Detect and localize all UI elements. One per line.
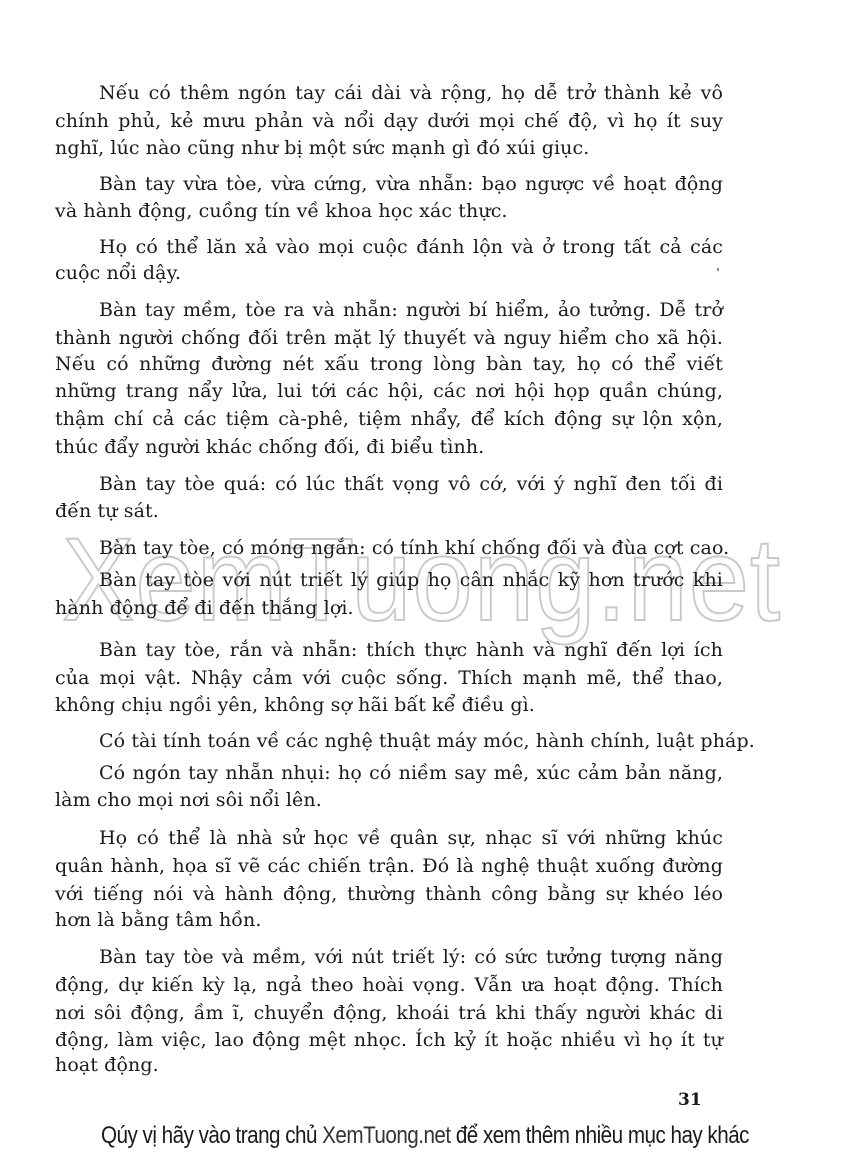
paragraph-4-line-2: thành người chống đối trên mặt lý thuyết… (55, 326, 723, 350)
paragraph-12-line-2: động, dự kiến kỳ lạ, ngả theo hoài vọng.… (55, 973, 723, 997)
footer-site-link[interactable]: XemTuong.net (322, 1122, 450, 1149)
paragraph-8-line-1: Bàn tay tòe, rắn và nhẵn: thích thực hàn… (99, 638, 723, 662)
paragraph-6-line-1: Bàn tay tòe, có móng ngắn: có tính khí c… (99, 536, 723, 560)
paragraph-11-line-3: với tiếng nói và hành động, thường thành… (55, 882, 723, 906)
paragraph-5-line-2: đến tự sát. (55, 499, 723, 523)
paragraph-4-line-4: những trang nẩy lửa, lui tới các hội, cá… (55, 379, 723, 403)
paragraph-4-line-3: Nếu có những đường nét xấu trong lòng bà… (55, 352, 723, 376)
paragraph-3-line-2: cuộc nổi dậy. (55, 261, 723, 285)
paragraph-1-line-1: Nếu có thêm ngón tay cái dài và rộng, họ… (99, 81, 723, 105)
paragraph-4-line-1: Bàn tay mềm, tòe ra và nhẵn: người bí hi… (99, 298, 723, 322)
paragraph-1-line-3: nghĩ, lúc nào cũng như bị một sức mạnh g… (55, 136, 723, 160)
paragraph-12-line-1: Bàn tay tòe và mềm, với nút triết lý: có… (99, 945, 723, 969)
paragraph-8-line-2: của mọi vật. Nhậy cảm với cuộc sống. Thí… (55, 666, 723, 690)
page-number: 31 (678, 1090, 702, 1110)
paragraph-5-line-1: Bàn tay tòe quá: có lúc thất vọng vô cớ,… (99, 472, 723, 496)
footer-banner: Qúy vị hãy vào trang chủ XemTuong.net để… (60, 1122, 791, 1150)
book-page: XemTuong.net Nếu có thêm ngón tay cái dà… (0, 0, 850, 1171)
paragraph-9-line-1: Có tài tính toán về các nghệ thuật máy m… (99, 729, 723, 753)
paragraph-7-line-1: Bàn tay tòe với nút triết lý giúp họ cân… (99, 568, 723, 592)
paragraph-1-line-2: chính phủ, kẻ mưu phản và nổi dạy dưới m… (55, 109, 723, 133)
paragraph-2-line-1: Bàn tay vừa tòe, vừa cứng, vừa nhẵn: bạo… (99, 172, 723, 196)
paragraph-11-line-2: quân hành, họa sĩ vẽ các chiến trận. Đó … (55, 854, 723, 878)
footer-suffix-text: để xem thêm nhiều mục hay khác (451, 1122, 749, 1149)
paragraph-7-line-2: hành động để đi đến thắng lợi. (55, 596, 723, 620)
paragraph-2-line-2: và hành động, cuồng tín về khoa học xác … (55, 199, 723, 223)
paragraph-11-line-1: Họ có thể là nhà sử học về quân sự, nhạc… (99, 826, 723, 850)
paragraph-4-line-5: thậm chí cả các tiệm cà-phê, tiệm nhẩy, … (55, 407, 723, 431)
paragraph-11-line-4: hơn là bằng tâm hồn. (55, 908, 723, 932)
paragraph-12-line-5: hoạt động. (55, 1053, 723, 1077)
paragraph-10-line-2: làm cho mọi nơi sôi nổi lên. (55, 788, 723, 812)
paragraph-12-line-3: nơi sôi động, ầm ĩ, chuyển động, khoái t… (55, 1001, 723, 1025)
paragraph-10-line-1: Có ngón tay nhẵn nhụi: họ có niềm say mê… (99, 761, 723, 785)
paragraph-3-line-1: Họ có thể lăn xả vào mọi cuộc đánh lộn v… (99, 235, 723, 259)
paragraph-4-line-6: thúc đẩy người khác chống đối, đi biểu t… (55, 435, 723, 459)
footer-prefix-text: Qúy vị hãy vào trang chủ (101, 1122, 322, 1149)
paragraph-12-line-4: động, làm việc, lao động mệt nhọc. Ích k… (55, 1028, 723, 1052)
paragraph-8-line-3: không chịu ngồi yên, không sợ hãi bất kể… (55, 693, 723, 717)
